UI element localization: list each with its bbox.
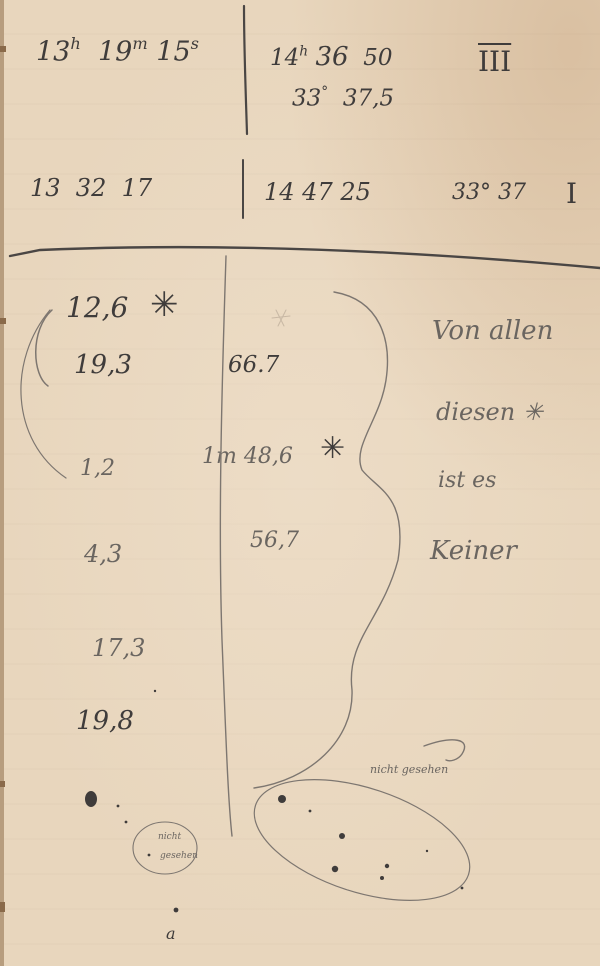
annotation-circle bbox=[133, 822, 197, 874]
star-dot bbox=[461, 887, 464, 890]
middle-star-marker: ✳ bbox=[320, 434, 345, 464]
circle-annotation-line-2: gesehen bbox=[160, 852, 198, 861]
row1-time-hours: 13 bbox=[36, 36, 70, 67]
left-value-4: 4,3 bbox=[84, 542, 122, 566]
page-binding-edge bbox=[0, 0, 4, 966]
large-star-dot bbox=[85, 791, 97, 807]
left-bracket-large bbox=[21, 310, 66, 478]
bottom-mark: a bbox=[166, 926, 176, 942]
star-dot bbox=[309, 810, 312, 813]
star-dot bbox=[332, 866, 338, 872]
left-value-5: 17,3 bbox=[92, 636, 145, 660]
row1-time-seconds-unit: s bbox=[191, 34, 199, 53]
note-line-1: Von allen bbox=[432, 318, 553, 344]
star-dot bbox=[339, 833, 345, 839]
row1-ra-hours: 14 bbox=[270, 45, 299, 71]
row1-declination: 33° 37,5 bbox=[292, 86, 394, 111]
row1-roman-label: III bbox=[478, 48, 511, 76]
middle-value-1: 66.7 bbox=[228, 354, 279, 377]
middle-value-2: 1m 48,6 bbox=[202, 446, 293, 468]
row1-ra-seconds: 50 bbox=[363, 45, 392, 71]
left-value-2: 19,3 bbox=[74, 352, 132, 378]
star-dot bbox=[380, 876, 384, 880]
note-line-3: ist es bbox=[438, 470, 496, 492]
star-group-ellipse bbox=[239, 756, 484, 924]
left-bracket-small bbox=[36, 310, 52, 386]
star-dot bbox=[278, 795, 286, 803]
row1-time: 13h 19m 15s bbox=[36, 36, 199, 65]
left-value-3: 1,2 bbox=[80, 458, 115, 480]
star-dot bbox=[154, 690, 156, 692]
row1-dec-degrees-unit: ° bbox=[321, 84, 328, 100]
star-dot bbox=[125, 821, 128, 824]
left-star-marker: ✳ bbox=[150, 288, 179, 322]
annotation-hook bbox=[424, 740, 465, 761]
row1-ra-hours-unit: h bbox=[299, 43, 308, 59]
star-dot bbox=[426, 850, 428, 852]
row2-time: 13 32 17 bbox=[30, 176, 152, 200]
note-line-4: Keiner bbox=[430, 538, 517, 564]
row1-time-seconds: 15 bbox=[156, 36, 190, 67]
row1-time-minutes: 19 bbox=[98, 36, 132, 67]
section-rule bbox=[10, 247, 600, 268]
faint-star-icon bbox=[272, 310, 290, 326]
row2-declination: 33° 37 bbox=[452, 182, 526, 204]
star-dot bbox=[385, 864, 389, 868]
row1-time-hours-unit: h bbox=[70, 34, 80, 53]
left-value-6: 19,8 bbox=[76, 708, 134, 734]
pencil-sketch-layer bbox=[0, 0, 600, 966]
star-dot bbox=[117, 805, 120, 808]
circle-annotation-line-1: nicht bbox=[158, 833, 181, 842]
row1-time-minutes-unit: m bbox=[132, 34, 147, 53]
left-value-1: 12,6 bbox=[66, 294, 128, 322]
row1-right-ascension: 14h 36 50 bbox=[270, 44, 392, 70]
star-dot bbox=[174, 908, 179, 913]
ellipse-annotation: nicht gesehen bbox=[370, 764, 448, 775]
middle-value-3: 56,7 bbox=[250, 530, 299, 552]
row2-right-ascension: 14 47 25 bbox=[264, 180, 371, 204]
row2-roman-label: I bbox=[566, 180, 577, 208]
row1-ra-minutes: 36 bbox=[315, 42, 348, 72]
row1-dec-degrees: 33 bbox=[292, 86, 321, 112]
note-line-2: diesen ✳ bbox=[436, 400, 543, 424]
column-divider bbox=[220, 256, 232, 836]
row1-dec-minutes: 37,5 bbox=[343, 86, 394, 112]
star-dot bbox=[148, 854, 151, 857]
row1-divider bbox=[244, 6, 247, 134]
